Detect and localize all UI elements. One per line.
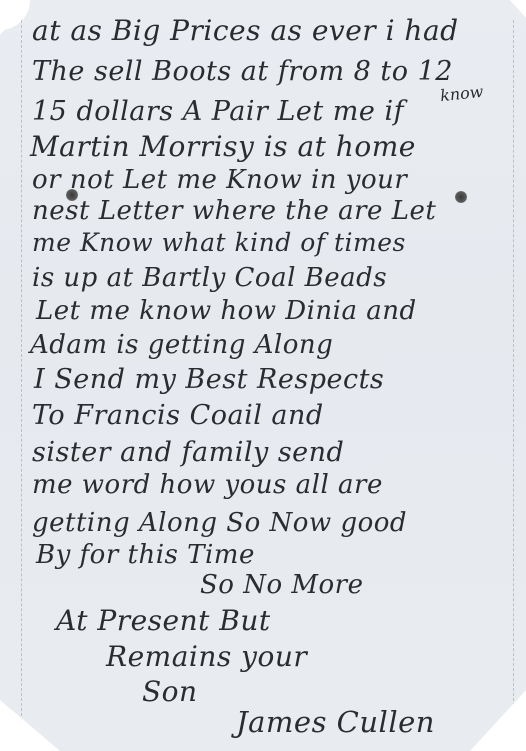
- letter-line: is up at Bartly Coal Beads: [32, 263, 387, 293]
- letter-line: nest Letter where the are Let: [32, 196, 436, 226]
- letter-line: 15 dollars A Pair Let me if: [32, 96, 404, 127]
- ink-blot: [455, 191, 467, 203]
- signature: James Cullen: [236, 705, 435, 739]
- letter-line: or not Let me Know in your: [32, 165, 407, 195]
- letter-line: me Know what kind of times: [32, 228, 406, 257]
- right-margin-rule: [513, 20, 515, 721]
- closing-line: At Present But: [56, 604, 271, 637]
- letter-line: To Francis Coail and: [32, 400, 324, 431]
- letter-line: By for this Time: [36, 540, 255, 570]
- letter-line: Adam is getting Along: [30, 330, 333, 360]
- letter-line: getting Along So Now good: [32, 508, 407, 538]
- closing-line: Son: [142, 675, 198, 708]
- letter-line: sister and family send: [32, 437, 344, 468]
- letter-line: Let me know how Dinia and: [36, 296, 417, 326]
- letter-line: at as Big Prices as ever i had: [32, 14, 459, 47]
- closing-line: So No More: [200, 570, 364, 600]
- letter-line: The sell Boots at from 8 to 12: [32, 56, 453, 87]
- closing-line: Remains your: [106, 640, 307, 673]
- insertion-note: know: [439, 82, 484, 105]
- letter-line: Martin Morrisy is at home: [30, 130, 416, 163]
- letter-line: me word how yous all are: [32, 470, 383, 500]
- left-margin-rule: [21, 20, 23, 721]
- letter-page: at as Big Prices as ever i had The sell …: [0, 0, 526, 751]
- letter-line: I Send my Best Respects: [34, 364, 384, 395]
